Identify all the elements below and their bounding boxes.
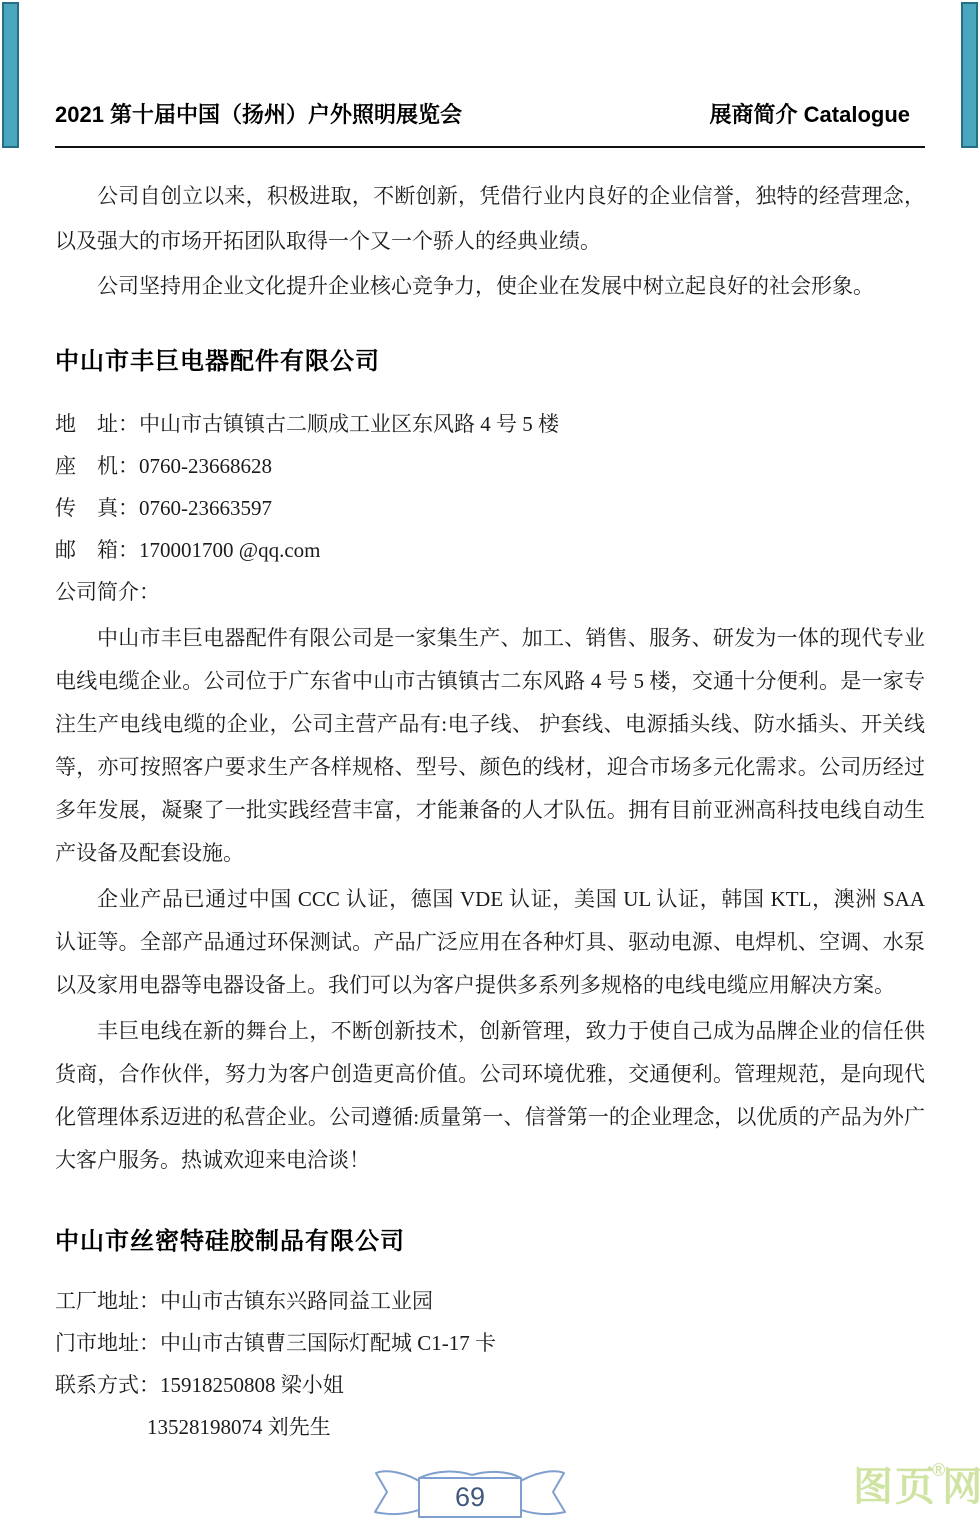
contact-row-email: 邮 箱：170001700 @qq.com [55, 529, 925, 571]
contact-row-fax: 传 真：0760-23663597 [55, 487, 925, 529]
contact-row-contact-1: 联系方式：15918250808 梁小姐 [55, 1364, 925, 1406]
contact-value: 13528198074 刘先生 [147, 1415, 331, 1439]
contact-label: 地 址： [55, 412, 139, 436]
contact-value: 170001700 @qq.com [139, 538, 321, 562]
contact-row-contact-2: 13528198074 刘先生 [55, 1406, 925, 1448]
catalogue-title: 展商简介 Catalogue [710, 100, 910, 130]
company1-description: 中山市丰巨电器配件有限公司是一家集生产、加工、销售、服务、研发为一体的现代专业电… [55, 617, 925, 1182]
contact-value: 0760-23663597 [139, 496, 272, 520]
contact-value: 0760-23668628 [139, 454, 272, 478]
right-accent-bar [961, 2, 978, 148]
intro-section: 公司自创立以来，积极进取，不断创新，凭借行业内良好的企业信誉，独特的经营理念，以… [55, 174, 925, 309]
contact-row-phone: 座 机：0760-23668628 [55, 445, 925, 487]
watermark-logo: 图页®网 [853, 1461, 980, 1507]
contact-label: 联系方式： [55, 1373, 160, 1397]
contact-label: 工厂地址： [55, 1289, 160, 1313]
contact-value: 中山市古镇东兴路同益工业园 [160, 1289, 433, 1313]
intro-paragraph: 公司自创立以来，积极进取，不断创新，凭借行业内良好的企业信誉，独特的经营理念，以… [55, 174, 925, 264]
company1-name-heading: 中山市丰巨电器配件有限公司 [55, 347, 925, 377]
contact-value: 中山市古镇曹三国际灯配城 C1-17 卡 [160, 1331, 496, 1355]
contact-row-profile-label: 公司简介： [55, 571, 925, 613]
watermark-text: 图页 [853, 1465, 937, 1509]
contact-label: 公司简介： [55, 580, 160, 604]
catalogue-page: 2021 第十届中国（扬州）户外照明展览会 展商简介 Catalogue 公司自… [0, 0, 980, 1523]
contact-label: 传 真： [55, 496, 139, 520]
page-content: 公司自创立以来，积极进取，不断创新，凭借行业内良好的企业信誉，独特的经营理念，以… [0, 174, 980, 1448]
contact-label: 门市地址： [55, 1331, 160, 1355]
left-accent-bar [2, 2, 19, 148]
description-paragraph: 企业产品已通过中国 CCC 认证，德国 VDE 认证，美国 UL 认证，韩国 K… [55, 878, 925, 1007]
intro-paragraph: 公司坚持用企业文化提升企业核心竞争力，使企业在发展中树立起良好的社会形象。 [55, 264, 925, 309]
description-paragraph: 丰巨电线在新的舞台上，不断创新技术，创新管理，致力于使自己成为品牌企业的信任供货… [55, 1010, 925, 1182]
watermark-text: 网 [942, 1465, 980, 1509]
page-number: 69 [419, 1478, 521, 1517]
description-paragraph: 中山市丰巨电器配件有限公司是一家集生产、加工、销售、服务、研发为一体的现代专业电… [55, 617, 925, 875]
company2-name-heading: 中山市丝密特硅胶制品有限公司 [55, 1227, 925, 1257]
company2-contacts: 工厂地址：中山市古镇东兴路同益工业园 门市地址：中山市古镇曹三国际灯配城 C1-… [55, 1280, 925, 1448]
page-header: 2021 第十届中国（扬州）户外照明展览会 展商简介 Catalogue [0, 0, 980, 148]
contact-label: 邮 箱： [55, 538, 139, 562]
contact-row-store-address: 门市地址：中山市古镇曹三国际灯配城 C1-17 卡 [55, 1322, 925, 1364]
contact-label: 座 机： [55, 454, 139, 478]
contact-value: 15918250808 梁小姐 [160, 1373, 344, 1397]
header-divider [55, 146, 925, 148]
contact-row-address: 地 址：中山市古镇镇古二顺成工业区东风路 4 号 5 楼 [55, 403, 925, 445]
exhibition-title: 2021 第十届中国（扬州）户外照明展览会 [55, 100, 462, 130]
contact-value: 中山市古镇镇古二顺成工业区东风路 4 号 5 楼 [139, 412, 559, 436]
contact-row-factory-address: 工厂地址：中山市古镇东兴路同益工业园 [55, 1280, 925, 1322]
page-number-ribbon: 69 [372, 1463, 568, 1523]
company1-contacts: 地 址：中山市古镇镇古二顺成工业区东风路 4 号 5 楼 座 机：0760-23… [55, 403, 925, 613]
